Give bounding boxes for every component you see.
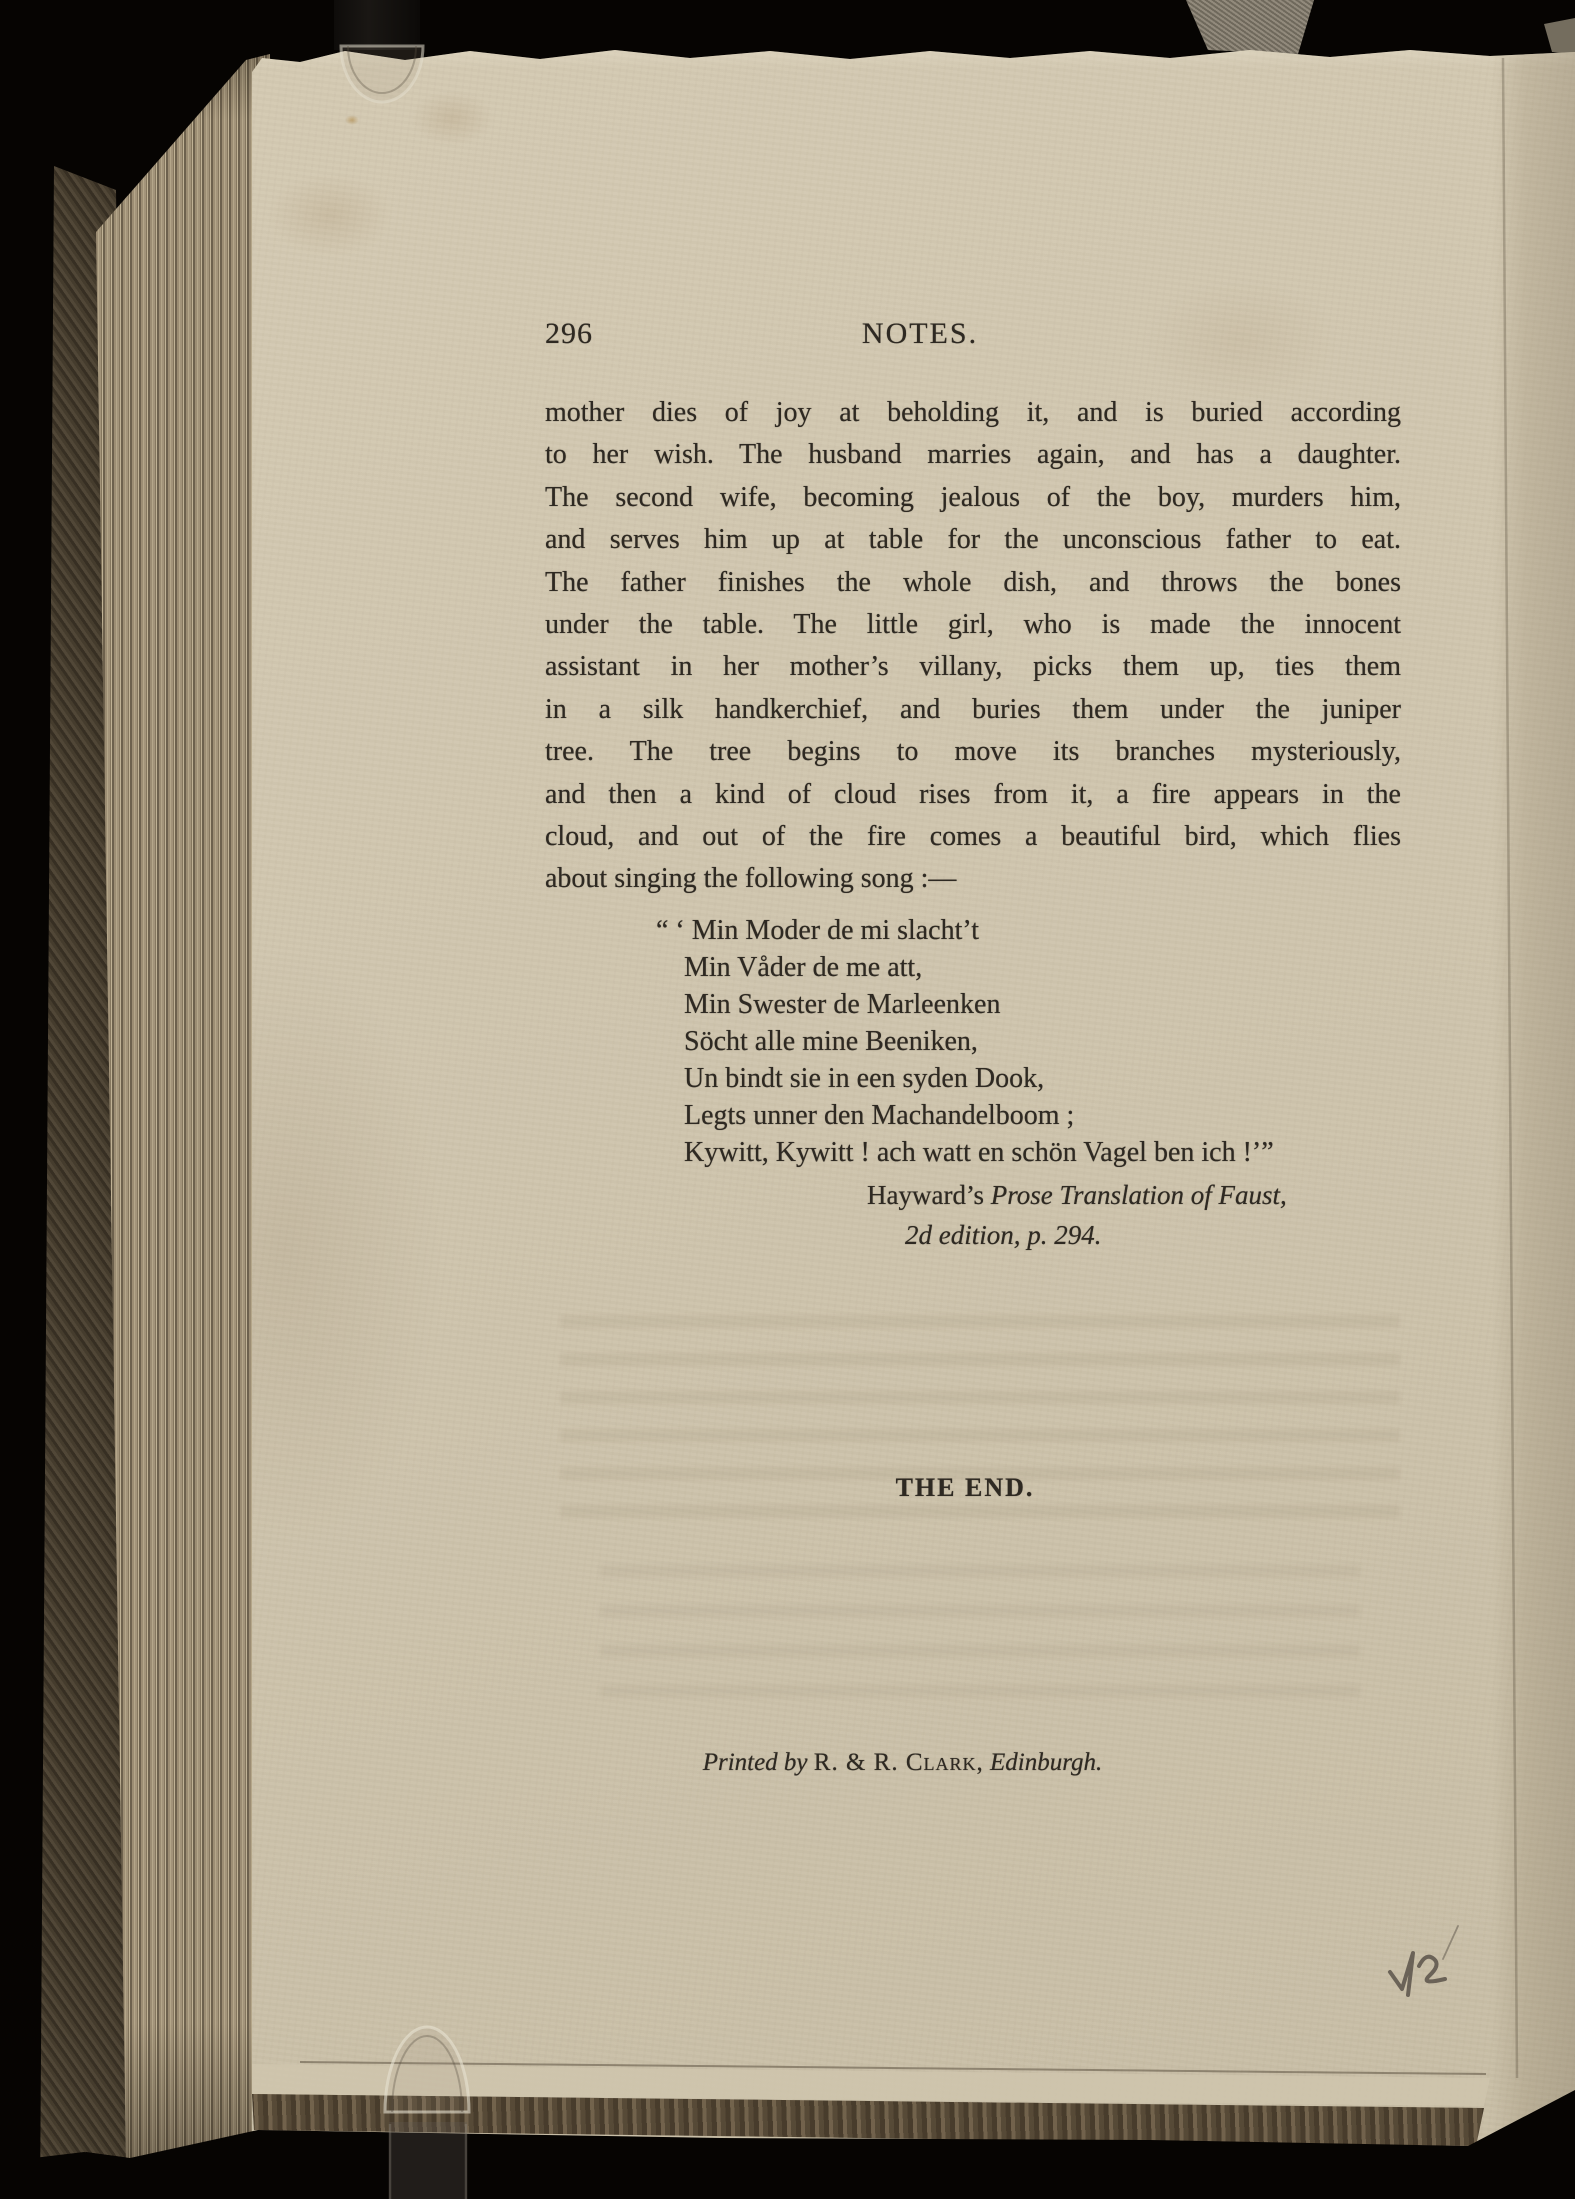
photo-overlay (0, 0, 1575, 2199)
handwritten-pencil-mark (1390, 1926, 1458, 1995)
gutter-crease (1503, 58, 1517, 2078)
clip-loop-bottom-icon (385, 2027, 469, 2199)
book-photograph: 296 NOTES. mother dies of joy at beholdi… (0, 0, 1575, 2199)
clip-loop-top-icon (341, 46, 423, 102)
page-bottom-crease (300, 2062, 1486, 2074)
